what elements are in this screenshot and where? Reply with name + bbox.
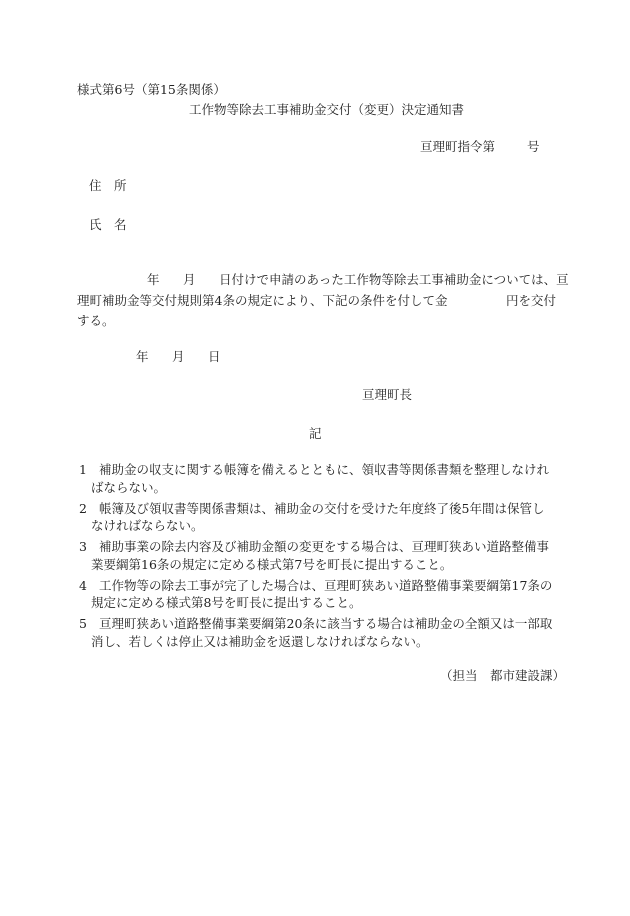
condition-text: 補助事業の除去内容及び補助金額の変更をする場合は、亘理町狭あい道路整備事業要綱第… xyxy=(91,539,549,572)
name-label: 氏 名 xyxy=(89,219,127,232)
reference-number-suffix: 号 xyxy=(527,141,540,154)
issuer: 亘理町長 xyxy=(362,389,412,402)
body-month: 月 xyxy=(183,274,196,287)
form-number: 様式第6号（第15条関係） xyxy=(77,84,226,97)
conditions-list: 1補助金の収支に関する帳簿を備えるとともに、領収書等関係書類を整理しなければなら… xyxy=(77,461,555,654)
condition-item: 1補助金の収支に関する帳簿を備えるとともに、領収書等関係書類を整理しなければなら… xyxy=(77,461,555,496)
condition-item: 5亘理町狭あい道路整備事業要綱第20条に該当する場合は補助金の全額又は一部取消し… xyxy=(77,615,555,650)
condition-number: 4 xyxy=(79,577,99,595)
condition-text: 帳簿及び領収書等関係書類は、補助金の交付を受けた年度終了後5年間は保管しなければ… xyxy=(91,501,544,534)
body-year: 年 xyxy=(147,274,160,287)
date-day: 日 xyxy=(208,351,221,364)
condition-text: 工作物等の除去工事が完了した場合は、亘理町狭あい道路整備事業要綱第17条の規定に… xyxy=(91,578,552,611)
condition-number: 1 xyxy=(79,461,99,479)
document-title: 工作物等除去工事補助金交付（変更）決定通知書 xyxy=(189,104,464,117)
body-line2: 理町補助金等交付規則第4条の規定により、下記の条件を付して金 xyxy=(77,295,447,308)
condition-item: 3補助事業の除去内容及び補助金額の変更をする場合は、亘理町狭あい道路整備事業要綱… xyxy=(77,538,555,573)
body-line3: する。 xyxy=(77,315,115,328)
condition-item: 2帳簿及び領収書等関係書類は、補助金の交付を受けた年度終了後5年間は保管しなけれ… xyxy=(77,500,555,535)
condition-number: 5 xyxy=(79,615,99,633)
ki-heading: 記 xyxy=(309,428,322,441)
date-month: 月 xyxy=(172,351,185,364)
address-label: 住 所 xyxy=(89,180,127,193)
condition-text: 補助金の収支に関する帳簿を備えるとともに、領収書等関係書類を整理しなければならな… xyxy=(91,462,549,495)
body-line1: 日付けで申請のあった工作物等除去工事補助金については、亘 xyxy=(219,274,569,287)
department-footer: （担当 都市建設課） xyxy=(440,670,565,683)
date-year: 年 xyxy=(136,351,149,364)
condition-item: 4工作物等の除去工事が完了した場合は、亘理町狭あい道路整備事業要綱第17条の規定… xyxy=(77,577,555,612)
reference-number-label: 亘理町指令第 xyxy=(420,141,495,154)
body-line2-suffix: 円を交付 xyxy=(506,295,556,308)
condition-number: 2 xyxy=(79,500,99,518)
condition-number: 3 xyxy=(79,538,99,556)
condition-text: 亘理町狭あい道路整備事業要綱第20条に該当する場合は補助金の全額又は一部取消し、… xyxy=(91,616,552,649)
